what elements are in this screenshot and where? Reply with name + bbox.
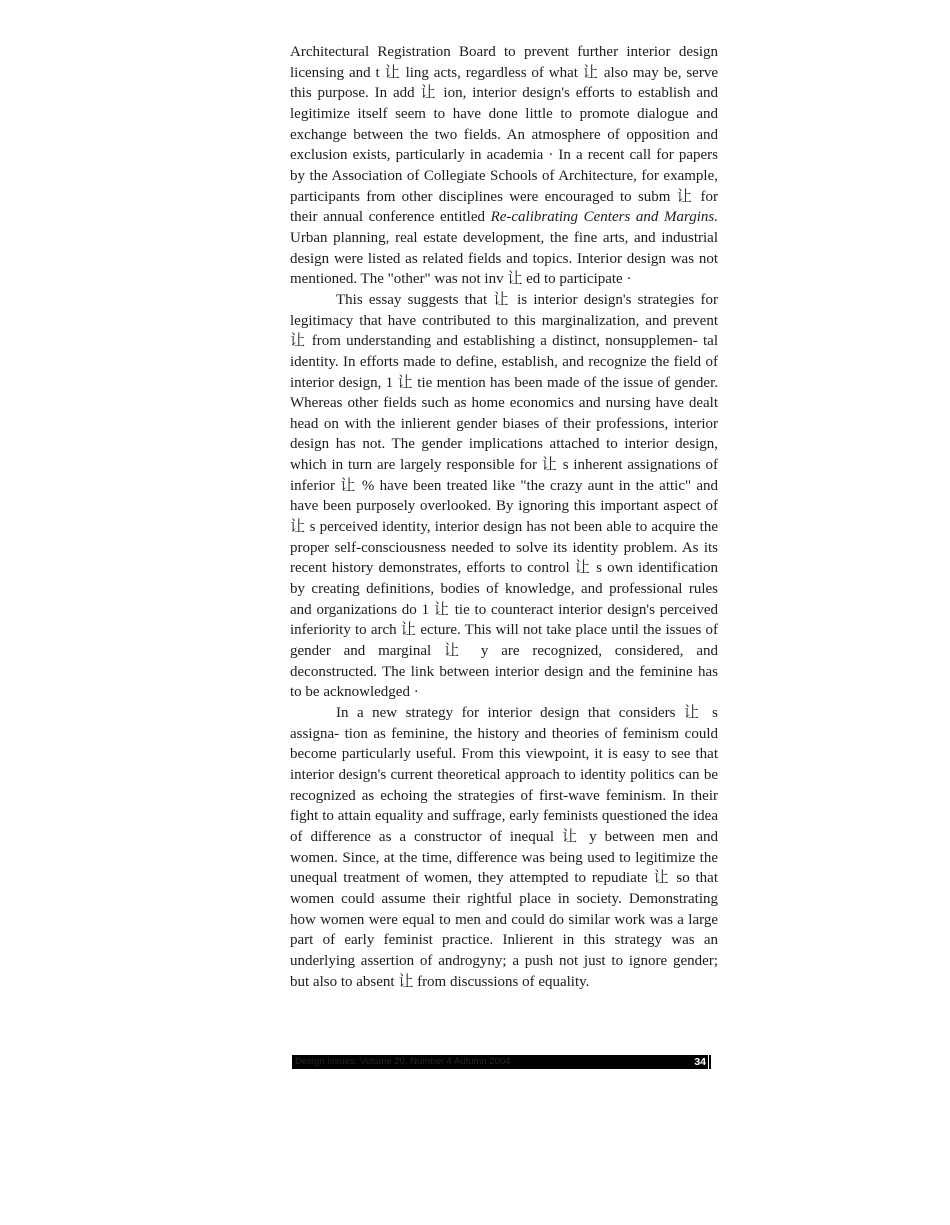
paragraph-1: Architectural Registration Board to prev…: [290, 42, 718, 290]
body-text-column: Architectural Registration Board to prev…: [290, 42, 718, 992]
journal-page: Architectural Registration Board to prev…: [0, 0, 950, 1225]
conference-title-italic: Re-calibrating Centers and Margins.: [491, 209, 718, 225]
journal-citation-text: Design Issues: Volume 20, Number 4 Autum…: [295, 1055, 510, 1069]
paragraph-1-text-after-title: Urban planning, real estate development,…: [290, 230, 718, 287]
paragraph-3: In a new strategy for interior design th…: [290, 703, 718, 992]
paragraph-2: This essay suggests that 让 is interior d…: [290, 290, 718, 703]
page-number: 34: [694, 1055, 706, 1069]
footer-bar: Design Issues: Volume 20, Number 4 Autum…: [292, 1055, 708, 1069]
paragraph-1-text-before-title: Architectural Registration Board to prev…: [290, 44, 718, 225]
